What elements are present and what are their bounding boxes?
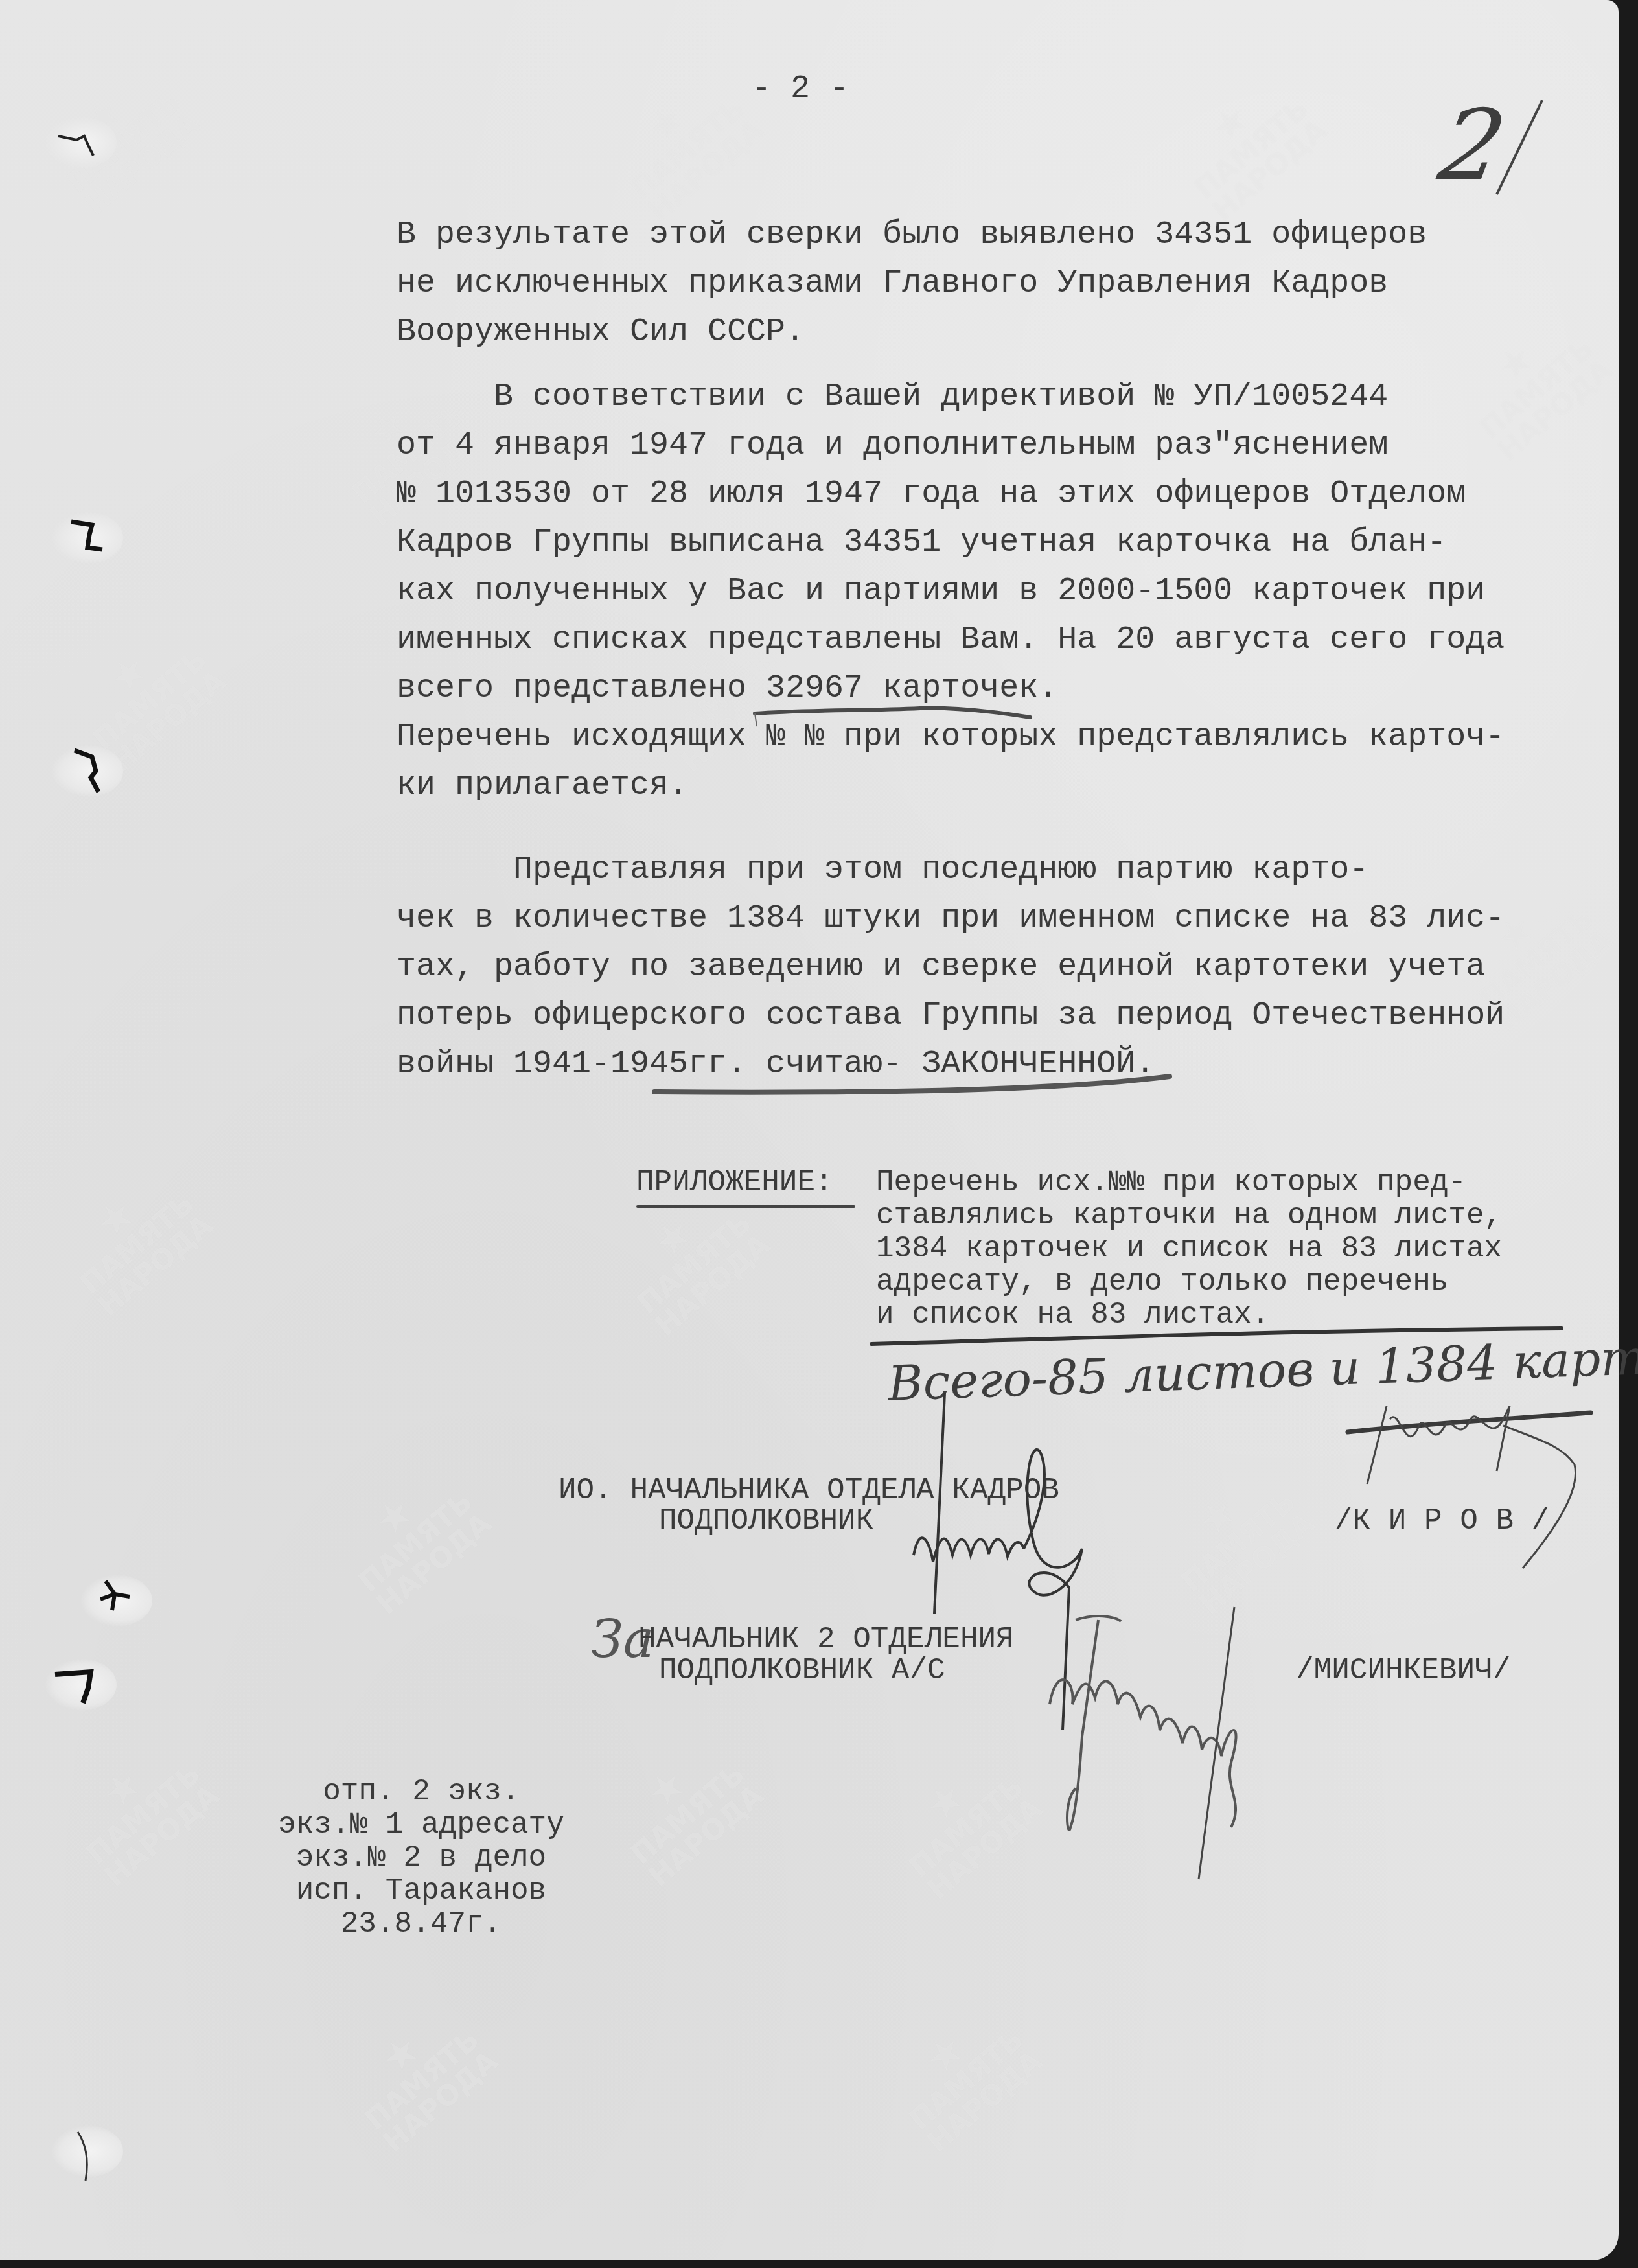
appendix-label: ПРИЛОЖЕНИЕ: bbox=[636, 1166, 833, 1199]
text-line: не исключенных приказами Главного Управл… bbox=[397, 259, 1427, 308]
text-line: Представляя при этом последнюю партию ка… bbox=[397, 846, 1505, 894]
text-line: В соответствии с Вашей директивой № УП/1… bbox=[397, 373, 1505, 421]
appendix-line: ставлялись карточки на одном листе, bbox=[876, 1199, 1502, 1232]
appendix-label-underline bbox=[636, 1205, 855, 1208]
paragraph-2: В соответствии с Вашей директивой № УП/1… bbox=[397, 373, 1505, 810]
footer-line: исп. Тараканов bbox=[246, 1875, 596, 1908]
text-line: от 4 января 1947 года и дополнительным р… bbox=[397, 421, 1505, 470]
pencil-underline bbox=[752, 703, 1037, 729]
appendix-list: Перечень исх.№№ при которых пред- ставля… bbox=[876, 1166, 1502, 1332]
signatory-2-signature bbox=[1037, 1607, 1348, 1879]
text-line: Кадров Группы выписана 34351 учетная кар… bbox=[397, 518, 1505, 567]
text-line: В результате этой сверки было выявлено 3… bbox=[397, 211, 1427, 259]
text-line: ки прилагается. bbox=[397, 761, 1505, 810]
text-line: Вооруженных Сил СССР. bbox=[397, 308, 1427, 356]
watermark: ★ПАМЯТЬ НАРОДА bbox=[879, 1742, 1047, 1905]
signatory-1-rank: ПОДПОЛКОВНИК bbox=[659, 1505, 873, 1538]
watermark: ★ПАМЯТЬ НАРОДА bbox=[335, 1995, 503, 2158]
text-line: ках полученных у Вас и партиями в 2000-1… bbox=[397, 567, 1505, 616]
watermark: ★ПАМЯТЬ НАРОДА bbox=[879, 1995, 1047, 2158]
punch-hole bbox=[81, 1575, 152, 1626]
document-page: ★ПАМЯТЬ НАРОДА ★ПАМЯТЬ НАРОДА ★ПАМЯТЬ НА… bbox=[0, 0, 1619, 2260]
watermark: ★ПАМЯТЬ НАРОДА bbox=[607, 1179, 775, 1341]
watermark: ★ПАМЯТЬ НАРОДА bbox=[601, 64, 768, 227]
appendix-line: 1384 карточек и список на 83 листах bbox=[876, 1232, 1502, 1266]
footer-line: отп. 2 экз. bbox=[246, 1776, 596, 1809]
punch-hole bbox=[45, 117, 117, 168]
pencil-underline bbox=[651, 1072, 1176, 1102]
punch-hole bbox=[52, 2125, 123, 2177]
signatory-1-name: /К И Р О В / bbox=[1335, 1505, 1549, 1538]
footer-line: экз.№ 1 адресату bbox=[246, 1809, 596, 1842]
text-line: именных списках представлены Вам. На 20 … bbox=[397, 616, 1505, 664]
paragraph-3: Представляя при этом последнюю партию ка… bbox=[397, 846, 1505, 1089]
appendix-line: Перечень исх.№№ при которых пред- bbox=[876, 1166, 1502, 1199]
watermark: ★ПАМЯТЬ НАРОДА bbox=[601, 1730, 768, 1892]
punch-hole bbox=[52, 745, 123, 797]
punch-hole bbox=[45, 1659, 117, 1711]
distribution-notes: отп. 2 экз. экз.№ 1 адресату экз.№ 2 в д… bbox=[246, 1776, 596, 1941]
footer-line: экз.№ 2 в дело bbox=[246, 1842, 596, 1875]
watermark: ★ПАМЯТЬ НАРОДА bbox=[1164, 64, 1332, 227]
receiver-signature bbox=[1341, 1380, 1613, 1575]
text-line: чек в количестве 1384 штуки при именном … bbox=[397, 894, 1505, 943]
folio-stroke bbox=[1471, 97, 1549, 201]
signatory-2-title: НАЧАЛЬНИК 2 ОТДЕЛЕНИЯ bbox=[638, 1623, 1014, 1656]
text-line: потерь офицерского состава Группы за пер… bbox=[397, 991, 1505, 1040]
footer-line: 23.8.47г. bbox=[246, 1908, 596, 1941]
text-line: № 1013530 от 28 июля 1947 года на этих о… bbox=[397, 470, 1505, 518]
punch-hole bbox=[52, 512, 123, 564]
appendix-line: адресату, в дело только перечень bbox=[876, 1266, 1502, 1299]
watermark: ★ПАМЯТЬ НАРОДА bbox=[56, 1730, 224, 1892]
watermark: ★ПАМЯТЬ НАРОДА bbox=[50, 1159, 218, 1322]
text-line: тах, работу по заведению и сверке единой… bbox=[397, 943, 1505, 991]
watermark: ★ПАМЯТЬ НАРОДА bbox=[329, 1457, 496, 1620]
signatory-2-rank: ПОДПОЛКОВНИК А/С bbox=[659, 1654, 945, 1687]
paragraph-1: В результате этой сверки было выявлено 3… bbox=[397, 211, 1427, 356]
page-number: - 2 - bbox=[752, 65, 849, 113]
